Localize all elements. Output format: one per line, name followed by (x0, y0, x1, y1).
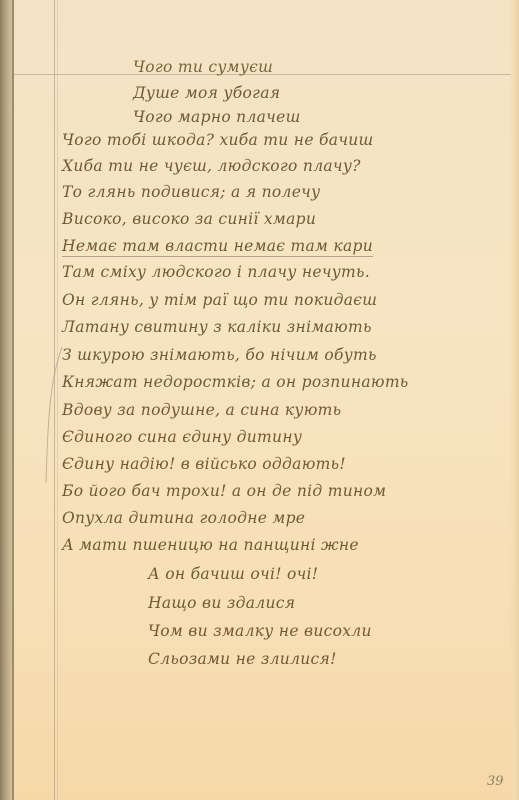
manuscript-line-18: Опухла дитина голодне мре (62, 509, 305, 527)
manuscript-line-1: Чого ти сумуєш (133, 58, 273, 76)
manuscript-line-14: Вдову за подушне, а сина кують (62, 401, 341, 419)
manuscript-line-12: З шкурою знімають, бо нічим обуть (62, 346, 377, 364)
manuscript-line-2: Душе моя убогая (133, 84, 280, 102)
manuscript-line-23: Сльозами не злилися! (148, 650, 337, 668)
manuscript-line-10: Он глянь, у тім раї що ти покидаєш (62, 291, 377, 309)
page-number: 39 (487, 774, 504, 789)
manuscript-line-19: А мати пшеницю на панщині жне (62, 536, 359, 554)
binding-edge (12, 0, 14, 800)
manuscript-line-8: Немає там власти немає там кари (62, 237, 373, 257)
manuscript-line-13: Княжат недоростків; а он розпинають (62, 373, 409, 391)
manuscript-line-11: Латану свитину з каліки знімають (62, 318, 372, 336)
manuscript-line-17: Бо його бач трохи! а он де під тином (62, 482, 386, 500)
manuscript-line-22: Чом ви змалку не висохли (148, 622, 372, 640)
manuscript-line-5: Хиба ти не чуєш, людского плачу? (62, 157, 361, 175)
manuscript-line-16: Єдину надію! в військо оддають! (62, 455, 346, 473)
manuscript-line-21: Нащо ви здалися (148, 594, 295, 612)
manuscript-line-7: Високо, високо за синії хмари (62, 210, 316, 228)
manuscript-line-15: Єдиного сина єдину дитину (62, 428, 302, 446)
page-right-edge (509, 0, 519, 800)
manuscript-line-3: Чого марно плачеш (133, 108, 301, 126)
manuscript-line-20: А он бачиш очі! очі! (148, 565, 318, 583)
manuscript-line-6: То глянь подивися; а я полечу (62, 183, 320, 201)
manuscript-line-9: Там сміху людского і плачу нечуть. (62, 263, 370, 281)
manuscript-line-4: Чого тобі шкода? хиба ти не бачиш (62, 131, 374, 149)
